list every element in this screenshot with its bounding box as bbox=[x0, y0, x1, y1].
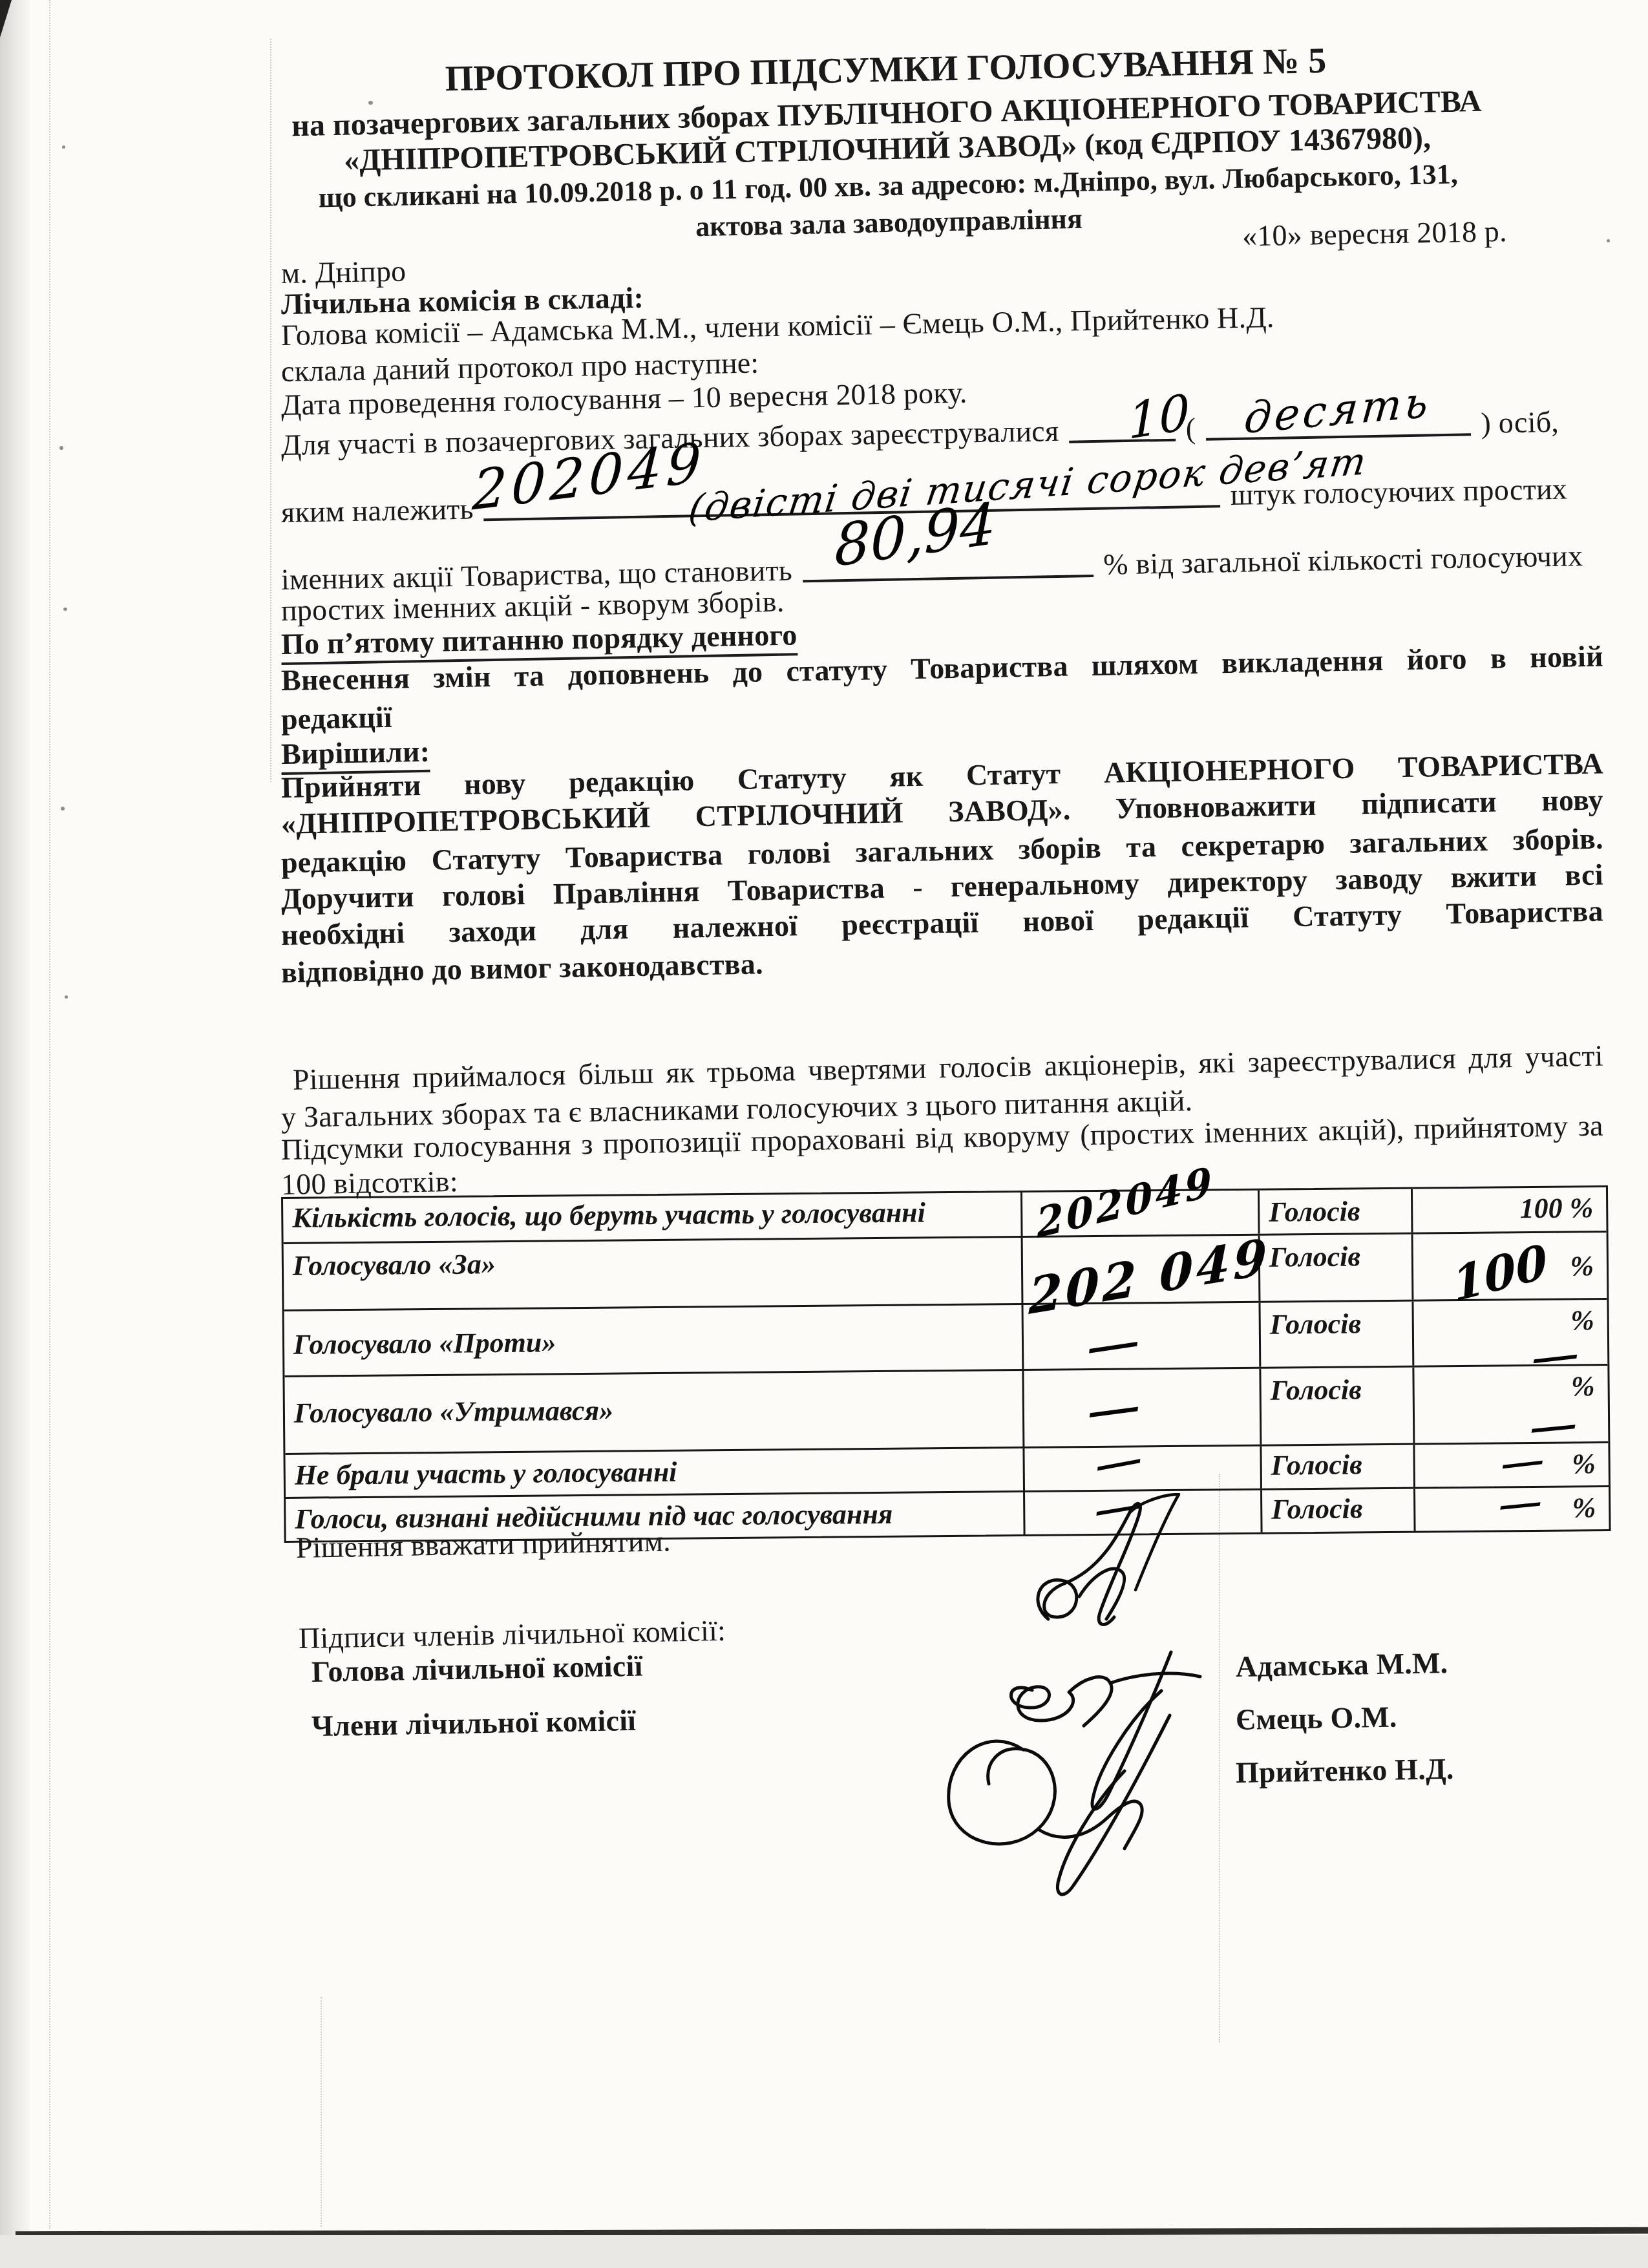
row-label: Кількість голосів, що беруть участь у го… bbox=[283, 1192, 1023, 1242]
handwritten-dash: — bbox=[1498, 1442, 1547, 1484]
scan-speck bbox=[62, 145, 65, 149]
handwritten-registered-count: 10 bbox=[1128, 383, 1190, 450]
row-unit: Голосів bbox=[1262, 1445, 1415, 1489]
shares-prefix: яким належить bbox=[281, 493, 474, 529]
handwritten-votes: 202049 bbox=[1035, 1156, 1216, 1249]
row-pct-cell: — % bbox=[1415, 1443, 1605, 1487]
signature-name-2: Ємець О.М. bbox=[1236, 1699, 1397, 1737]
row-votes-cell: — bbox=[1024, 1369, 1262, 1447]
resolution-line-6: відповідно до вимог законодавства. bbox=[281, 946, 764, 990]
percent-sign: % bbox=[1572, 1446, 1596, 1481]
table-row: Голосувало «Проти» — Голосів % — bbox=[284, 1300, 1608, 1377]
handwritten-dash: — bbox=[1496, 1483, 1544, 1525]
scan-speck bbox=[61, 807, 65, 811]
row-unit: Голосів bbox=[1260, 1235, 1414, 1301]
handwritten-dash: — bbox=[1084, 1384, 1143, 1436]
scanner-left-edge bbox=[0, 0, 30, 2268]
row-pct-cell: 100 % bbox=[1413, 1233, 1603, 1300]
pct-value: 100 % bbox=[1519, 1190, 1593, 1226]
scan-fold-line bbox=[270, 39, 271, 782]
quorum-suffix: % від загальної кількості голосуючих bbox=[1103, 539, 1583, 581]
table-row: Голосувало «За» 202 049 Голосів 100 % bbox=[284, 1233, 1607, 1311]
percent-sign: % bbox=[1570, 1302, 1594, 1338]
scan-speck bbox=[1607, 239, 1610, 242]
percent-sign: % bbox=[1570, 1248, 1594, 1284]
scanner-bottom-background bbox=[0, 2235, 1648, 2268]
handwritten-dash: — bbox=[1083, 1319, 1143, 1372]
scanner-corner-shadow bbox=[0, 0, 12, 37]
row-label: Голосувало «За» bbox=[284, 1238, 1024, 1309]
table-row: Голосувало «Утримався» — Голосів % — bbox=[284, 1366, 1608, 1455]
row-label: Голосувало «Проти» bbox=[284, 1305, 1024, 1375]
row-votes-cell: — bbox=[1024, 1447, 1262, 1490]
row-unit: Голосів bbox=[1260, 1189, 1413, 1234]
members-label: Члени лічильної комісії bbox=[312, 1703, 637, 1744]
signatures-title: Підписи членів лічильної комісії: bbox=[299, 1613, 726, 1656]
close-paren-persons: ) осіб, bbox=[1481, 405, 1559, 440]
row-unit: Голосів bbox=[1260, 1302, 1414, 1367]
agenda-text-2: редакції bbox=[281, 700, 393, 737]
handwritten-dash: — bbox=[1091, 1438, 1146, 1487]
row-label: Голосувало «Утримався» bbox=[284, 1371, 1024, 1453]
scan-fold-line bbox=[49, 0, 50, 2229]
scanned-protocol-page: ПРОТОКОЛ ПРО ПІДСУМКИ ГОЛОСУВАННЯ № 5 на… bbox=[0, 0, 1648, 2268]
scan-speck bbox=[63, 608, 67, 611]
scan-speck bbox=[65, 995, 68, 999]
resolved-heading: Вирішили: bbox=[281, 734, 430, 772]
row-unit: Голосів bbox=[1261, 1368, 1415, 1445]
row-votes-cell: 202 049 bbox=[1023, 1236, 1261, 1303]
voting-results-table: Кількість голосів, що беруть участь у го… bbox=[281, 1185, 1611, 1543]
signature-name-1: Адамська М.М. bbox=[1236, 1646, 1448, 1684]
row-unit: Голосів bbox=[1262, 1489, 1416, 1532]
handwritten-dash: — bbox=[1528, 1334, 1581, 1380]
signature-name-3: Прийтенко Н.Д. bbox=[1236, 1752, 1454, 1790]
percent-sign: % bbox=[1572, 1490, 1596, 1525]
row-pct-cell: % — bbox=[1414, 1366, 1604, 1443]
row-pct-cell: 100 % bbox=[1413, 1187, 1603, 1233]
row-label: Не брали участь у голосуванні bbox=[285, 1448, 1025, 1497]
row-pct-cell: — % bbox=[1415, 1487, 1605, 1531]
row-pct-cell: % — bbox=[1413, 1300, 1603, 1366]
row-votes-cell: 202049 bbox=[1022, 1191, 1260, 1236]
decision-line: Рішення вважати прийнятим. bbox=[296, 1523, 671, 1565]
scan-fold-line bbox=[321, 1997, 322, 2227]
scan-speck bbox=[59, 446, 63, 450]
signature-scribble-3 bbox=[916, 1688, 1214, 1908]
chair-label: Голова лічильної комісії bbox=[312, 1649, 643, 1690]
